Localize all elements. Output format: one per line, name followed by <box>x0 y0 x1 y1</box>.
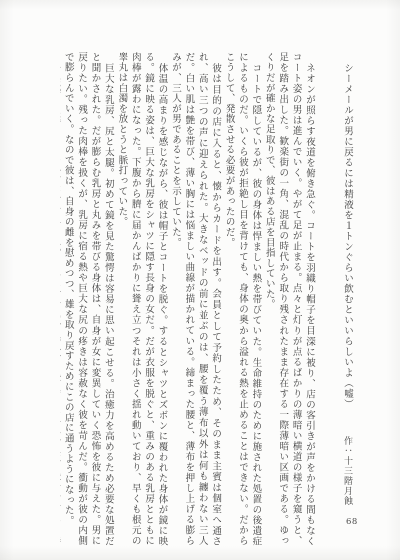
paragraph: コートで隠しているが、彼の身体は悍ましい熱を帯びていた。生命維持のために施された… <box>222 52 262 546</box>
scanned-page: シーメールが男に戻るには精液を１トンぐらい飲むといいらしいよ（嘘） 作：十三階月… <box>0 0 400 560</box>
paragraph: ネオンが照らす夜道を俯き急ぐ。コートを羽織り帽子を目深に被り、店の客引きが声をか… <box>262 52 316 546</box>
story-title: シーメールが男に戻るには精液を１トンぐらい飲むといいらしいよ（嘘） <box>341 63 354 435</box>
paragraph: 体温の高まりを感じながら、彼は帽子とコートを脱ぐ。するとシャツとズボンに覆われた… <box>115 52 169 546</box>
body-text: ネオンが照らす夜道を俯き急ぐ。コートを羽織り帽子を目深に被り、店の客引きが声をか… <box>60 52 316 546</box>
page-number: 68 <box>346 517 358 527</box>
paragraph: 一糸纏わぬ姿になり、彼は三人の前に跪いた。三人の頬に情欲の色が宿り、下腹を覆う薄… <box>60 52 61 546</box>
author-credit: 作：十三階月蝕 <box>340 436 353 526</box>
paragraph: 巨大な乳房、尻と太腿。初めて鏡を見た驚愕は容易に思い起こせる。治癒力を高めるため… <box>61 52 115 546</box>
paragraph: 彼は目的の店に入ると、懐からカードを出す。会員として予約したため、そのまま主賓は… <box>169 52 223 546</box>
